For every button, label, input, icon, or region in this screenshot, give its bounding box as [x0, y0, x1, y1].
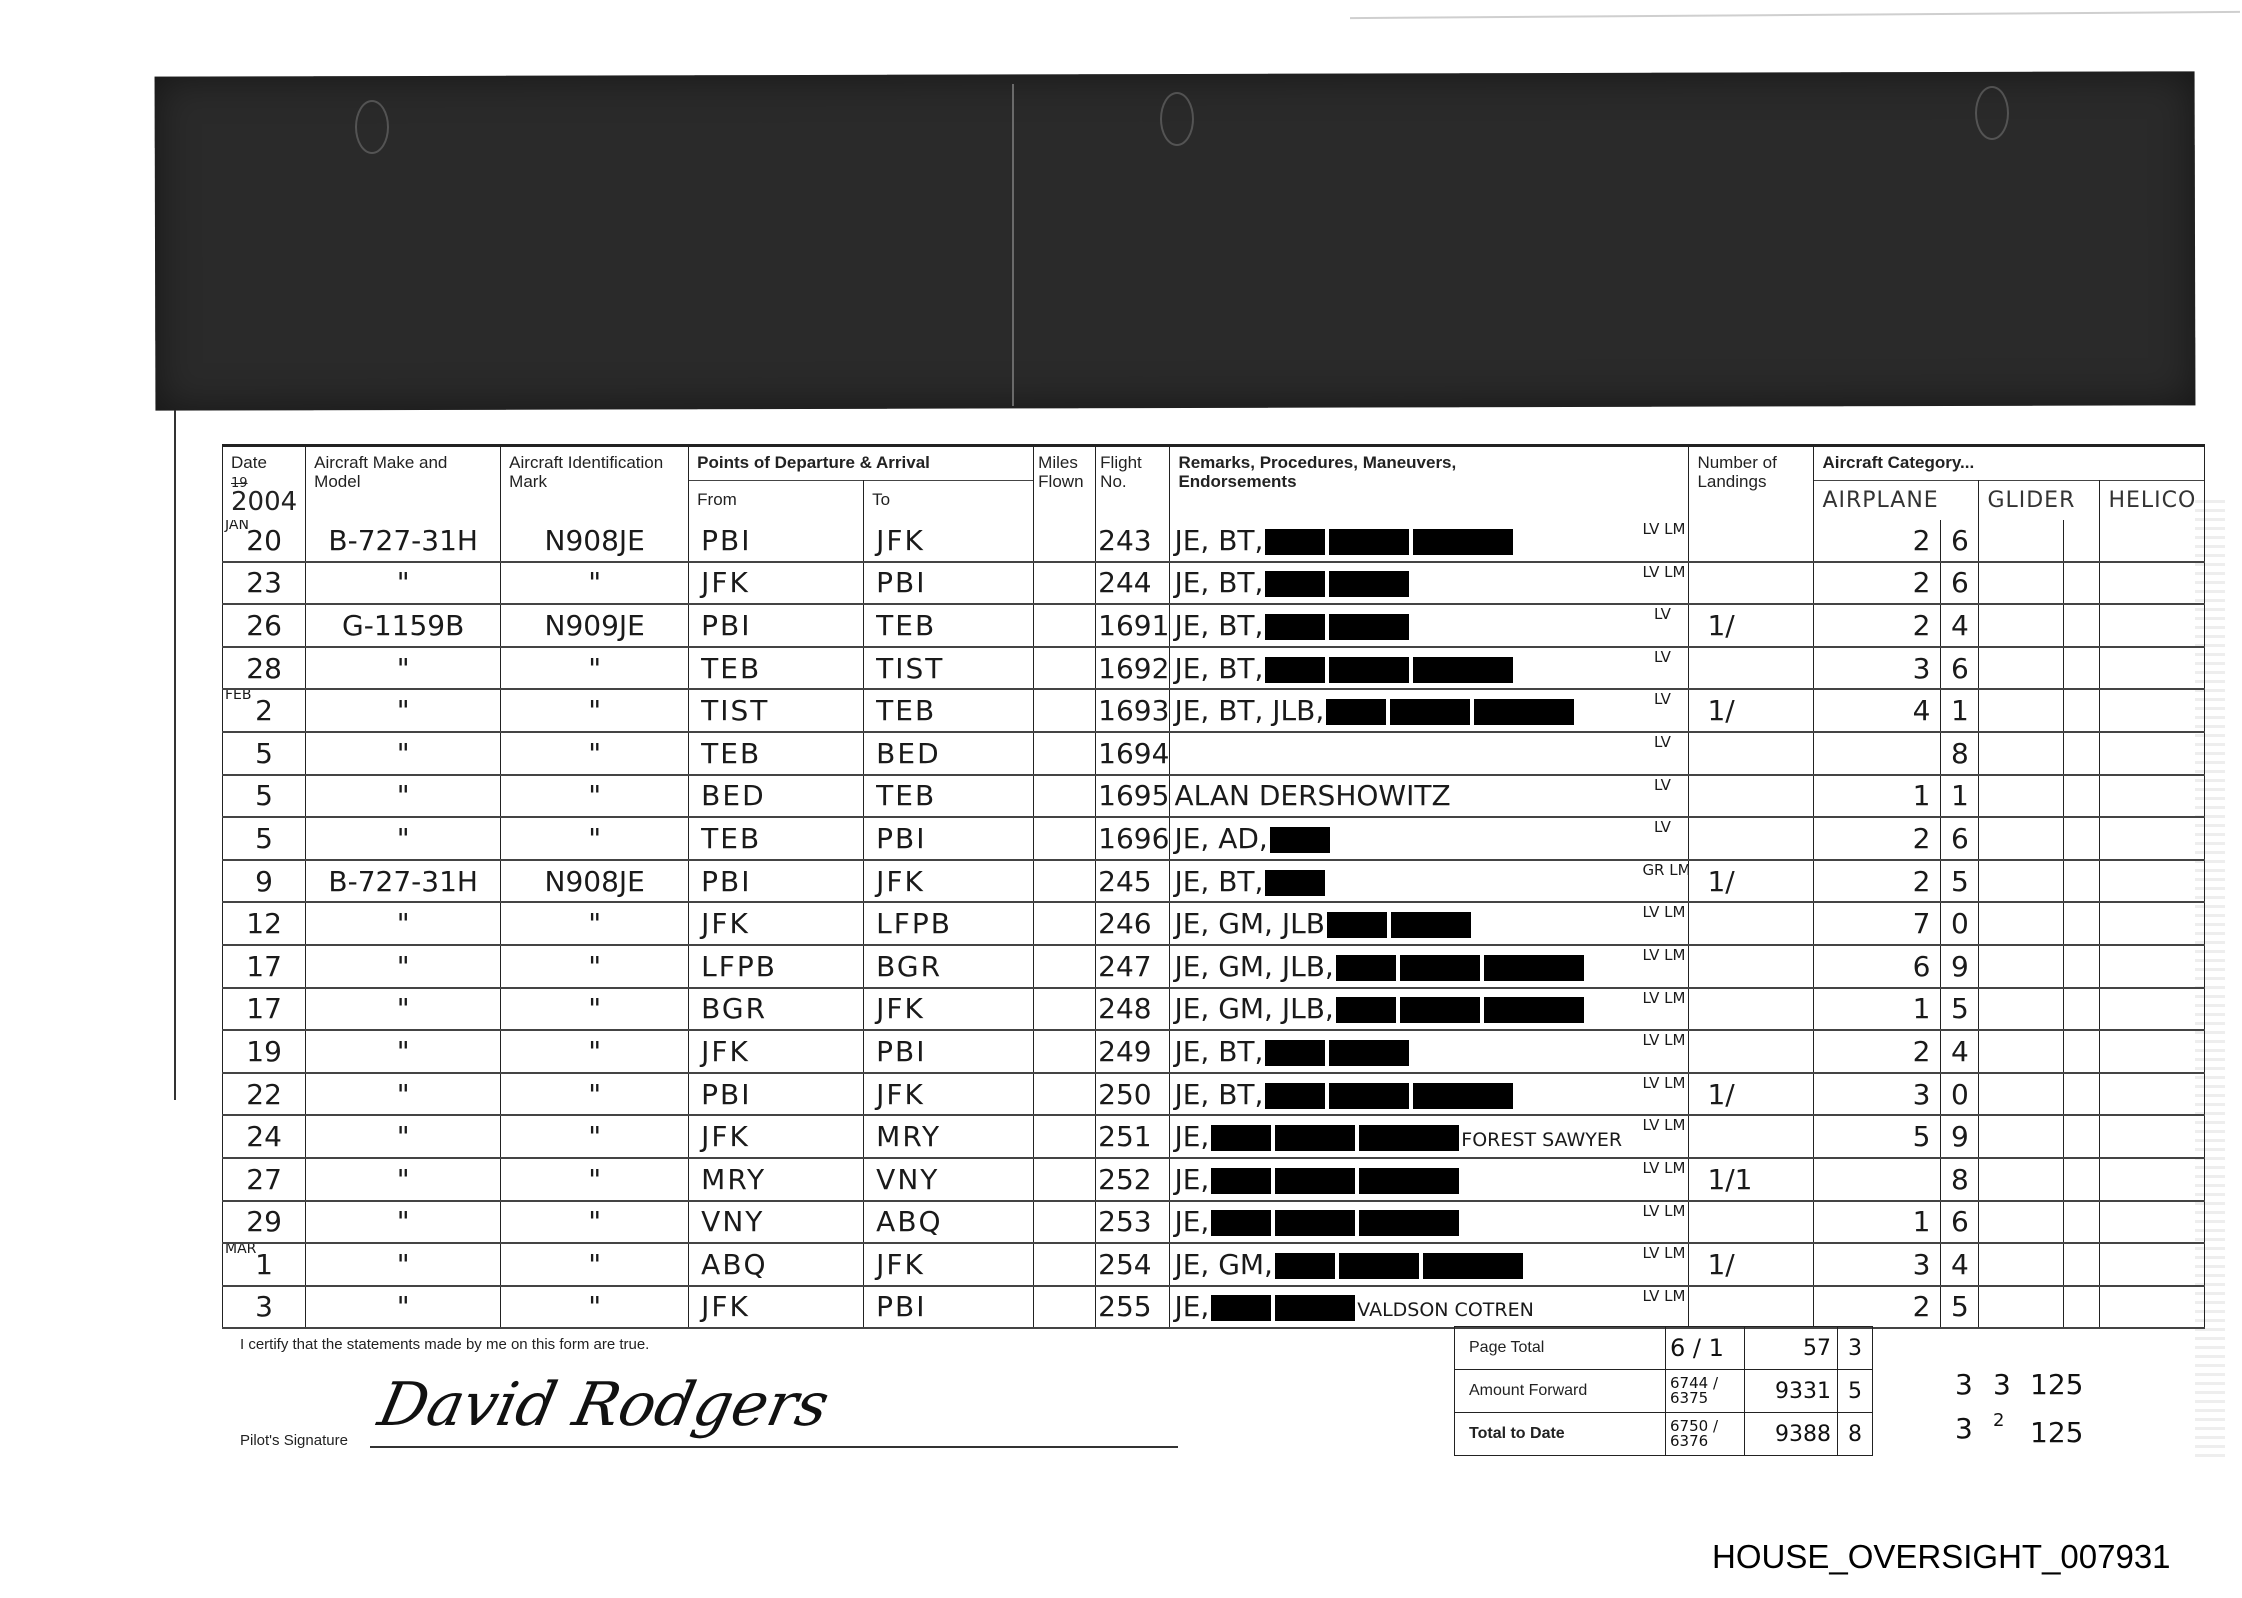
make-model-cell: ": [306, 732, 501, 775]
date-label: Date: [231, 453, 267, 472]
ident-mark-cell: ": [501, 647, 689, 690]
make-model-cell: ": [306, 1073, 501, 1116]
col-glider: GLIDER: [1979, 480, 2100, 520]
glider-tenths-cell: [2064, 1030, 2100, 1073]
redaction-block: [1211, 1295, 1271, 1321]
airplane-hours-cell: 2: [1814, 860, 1941, 903]
page-left-edge: [174, 410, 176, 1100]
landings-cell: 1/: [1689, 689, 1814, 732]
helicopter-hours-cell: [2100, 945, 2205, 988]
from-cell: JFK: [689, 562, 864, 605]
flight-no-cell: 247: [1096, 945, 1170, 988]
remarks-cell: JE, BT,LV: [1170, 604, 1689, 647]
remarks-cell: JE, BT,LV: [1170, 647, 1689, 690]
glider-tenths-cell: [2064, 1243, 2100, 1286]
total-to-date-row: Total to Date 6750 / 6376 9388 8: [1455, 1413, 1873, 1456]
glider-tenths-cell: [2064, 732, 2100, 775]
ident-mark-cell: ": [501, 689, 689, 732]
amount-forward-glider-tenths: 3: [1993, 1368, 2011, 1401]
remarks-text: JE, GM, JLB,: [1174, 992, 1333, 1025]
endorsement-code: LV: [1642, 735, 1682, 750]
date-cell: 26: [223, 604, 306, 647]
to-cell: JFK: [864, 988, 1034, 1031]
flight-no-cell: 249: [1096, 1030, 1170, 1073]
table-row: 5""BEDTEB1695ALAN DERSHOWITZLV11: [223, 775, 2205, 818]
flight-no-cell: 243: [1096, 520, 1170, 562]
flight-no-cell: 246: [1096, 902, 1170, 945]
endorsement-code: GR LM: [1642, 863, 1682, 878]
remarks-name: VALDSON COTREN: [1357, 1299, 1534, 1321]
flight-no-cell: 251: [1096, 1115, 1170, 1158]
glider-tenths-cell: [2064, 647, 2100, 690]
landings-cell: 1/1: [1689, 1158, 1814, 1201]
total-to-date-airplane-tenths: 8: [1838, 1413, 1873, 1456]
flight-no-cell: 245: [1096, 860, 1170, 903]
ident-mark-cell: N908JE: [501, 520, 689, 562]
make-model-cell: ": [306, 1243, 501, 1286]
day-value: 17: [246, 950, 282, 983]
glider-tenths-cell: [2064, 945, 2100, 988]
remarks-text: JE, BT,: [1174, 865, 1263, 898]
flight-no-cell: 248: [1096, 988, 1170, 1031]
ident-mark-cell: ": [501, 945, 689, 988]
page-total-label: Page Total: [1455, 1327, 1666, 1370]
redaction-block: [1211, 1210, 1271, 1236]
remarks-cell: JE, BT,LV LM: [1170, 562, 1689, 605]
helicopter-hours-cell: [2100, 732, 2205, 775]
redaction-block: [1336, 997, 1396, 1023]
landings-cell: [1689, 647, 1814, 690]
date-cell: 5: [223, 817, 306, 860]
remarks-text: JE,: [1174, 1120, 1209, 1153]
airplane-tenths-cell: 4: [1941, 1030, 1979, 1073]
landings-cell: [1689, 562, 1814, 605]
airplane-tenths-cell: 6: [1941, 647, 1979, 690]
from-cell: PBI: [689, 1073, 864, 1116]
col-flight-no: Flight No.: [1096, 446, 1170, 521]
landings-cell: [1689, 1030, 1814, 1073]
day-value: 5: [255, 779, 273, 812]
total-to-date-airplane: 9388: [1745, 1413, 1838, 1456]
amount-forward-glider: 3: [1955, 1368, 1973, 1401]
helicopter-hours-cell: [2100, 988, 2205, 1031]
glider-hours-cell: [1979, 1158, 2064, 1201]
ident-mark-cell: ": [501, 732, 689, 775]
day-value: 27: [246, 1163, 282, 1196]
airplane-hours-cell: 2: [1814, 604, 1941, 647]
to-cell: TEB: [864, 604, 1034, 647]
helicopter-hours-cell: [2100, 1243, 2205, 1286]
flight-log-table: Date 19 2004 Aircraft Make and Model Air…: [222, 444, 2205, 1329]
table-row: 19""JFKPBI249JE, BT,LV LM24: [223, 1030, 2205, 1073]
miles-cell: [1034, 1115, 1096, 1158]
table-row: 3""JFKPBI255JE,VALDSON COTRENLV LM25: [223, 1286, 2205, 1329]
date-cell: 24: [223, 1115, 306, 1158]
remarks-text: JE,: [1174, 1163, 1209, 1196]
remarks-cell: JE, GM, JLB,LV LM: [1170, 945, 1689, 988]
helicopter-hours-cell: [2100, 1030, 2205, 1073]
redaction-block: [1329, 529, 1409, 555]
to-cell: PBI: [864, 562, 1034, 605]
col-ident-mark: Aircraft Identification Mark: [501, 446, 689, 521]
table-row: 5""TEBPBI1696JE, AD,LV26: [223, 817, 2205, 860]
col-remarks: Remarks, Procedures, Maneuvers, Endorsem…: [1170, 446, 1689, 521]
from-cell: TEB: [689, 732, 864, 775]
to-cell: PBI: [864, 1286, 1034, 1329]
date-cell: 29: [223, 1201, 306, 1244]
certification-statement: I certify that the statements made by me…: [240, 1336, 649, 1353]
make-model-cell: ": [306, 945, 501, 988]
col-to: To: [864, 480, 1034, 520]
ident-mark-cell: ": [501, 562, 689, 605]
airplane-tenths-cell: 5: [1941, 860, 1979, 903]
table-row: 17""BGRJFK248JE, GM, JLB,LV LM15: [223, 988, 2205, 1031]
page-total-row: Page Total 6 / 1 57 3: [1455, 1327, 1873, 1370]
endorsement-code: LV LM: [1642, 991, 1682, 1006]
glider-tenths-cell: [2064, 689, 2100, 732]
redaction-block: [1484, 997, 1584, 1023]
from-cell: BED: [689, 775, 864, 818]
date-year: 2004: [231, 487, 297, 517]
punch-hole-icon: [355, 100, 389, 154]
to-cell: JFK: [864, 1243, 1034, 1286]
redaction-block: [1265, 657, 1325, 683]
miles-cell: [1034, 1030, 1096, 1073]
remarks-cell: JE, BT,LV LM: [1170, 1030, 1689, 1073]
redaction-block: [1275, 1125, 1355, 1151]
airplane-tenths-cell: 0: [1941, 902, 1979, 945]
redaction-block: [1359, 1125, 1459, 1151]
helicopter-hours-cell: [2100, 520, 2205, 562]
miles-cell: [1034, 732, 1096, 775]
remarks-text: JE,: [1174, 1290, 1209, 1323]
make-model-cell: ": [306, 1201, 501, 1244]
date-cell: JAN20: [223, 520, 306, 562]
helicopter-hours-cell: [2100, 1115, 2205, 1158]
airplane-hours-cell: 2: [1814, 520, 1941, 562]
miles-cell: [1034, 945, 1096, 988]
from-cell: PBI: [689, 604, 864, 647]
redaction-block: [1413, 1083, 1513, 1109]
landings-cell: [1689, 817, 1814, 860]
flight-no-cell: 1691: [1096, 604, 1170, 647]
endorsement-code: LV: [1642, 607, 1682, 622]
glider-hours-cell: [1979, 1243, 2064, 1286]
total-to-date-glider: 3: [1955, 1412, 1973, 1445]
table-row: FEB2""TISTTEB1693JE, BT, JLB,LV1/41: [223, 689, 2205, 732]
airplane-hours-cell: 2: [1814, 1030, 1941, 1073]
redaction-block: [1275, 1253, 1335, 1279]
table-row: 5""TEBBED1694LV8: [223, 732, 2205, 775]
date-cell: FEB2: [223, 689, 306, 732]
helicopter-hours-cell: [2100, 1286, 2205, 1329]
airplane-hours-cell: 2: [1814, 1286, 1941, 1329]
glider-hours-cell: [1979, 562, 2064, 605]
to-cell: ABQ: [864, 1201, 1034, 1244]
glider-tenths-cell: [2064, 1073, 2100, 1116]
helicopter-hours-cell: [2100, 604, 2205, 647]
endorsement-code: LV LM: [1642, 905, 1682, 920]
airplane-tenths-cell: 9: [1941, 945, 1979, 988]
glider-hours-cell: [1979, 1073, 2064, 1116]
remarks-cell: JE, BT,LV LM: [1170, 520, 1689, 562]
header-row: Date 19 2004 Aircraft Make and Model Air…: [223, 446, 2205, 481]
redaction-block: [1413, 657, 1513, 683]
miles-cell: [1034, 1158, 1096, 1201]
glider-tenths-cell: [2064, 775, 2100, 818]
glider-hours-cell: [1979, 1201, 2064, 1244]
from-cell: PBI: [689, 520, 864, 562]
endorsement-code: LV LM: [1642, 1033, 1682, 1048]
col-make-model: Aircraft Make and Model: [306, 446, 501, 521]
col-miles: Miles Flown: [1034, 446, 1096, 521]
endorsement-code: LV LM: [1642, 1076, 1682, 1091]
glider-tenths-cell: [2064, 902, 2100, 945]
redaction-block: [1270, 827, 1330, 853]
col-points: Points of Departure & Arrival: [689, 446, 1034, 481]
date-cell: 22: [223, 1073, 306, 1116]
from-cell: JFK: [689, 902, 864, 945]
make-model-cell: ": [306, 1158, 501, 1201]
airplane-tenths-cell: 8: [1941, 1158, 1979, 1201]
ident-mark-cell: N909JE: [501, 604, 689, 647]
glider-tenths-cell: [2064, 860, 2100, 903]
col-category: Aircraft Category...: [1814, 446, 2205, 481]
redaction-block: [1265, 529, 1325, 555]
endorsement-code: LV LM: [1642, 1246, 1682, 1261]
flight-no-cell: 250: [1096, 1073, 1170, 1116]
helicopter-hours-cell: [2100, 1201, 2205, 1244]
landings-cell: 1/: [1689, 604, 1814, 647]
miles-cell: [1034, 1201, 1096, 1244]
to-cell: VNY: [864, 1158, 1034, 1201]
miles-cell: [1034, 604, 1096, 647]
remarks-text: JE, GM, JLB,: [1174, 950, 1333, 983]
table-row: MAR1""ABQJFK254JE, GM,LV LM1/34: [223, 1243, 2205, 1286]
remarks-cell: ALAN DERSHOWITZLV: [1170, 775, 1689, 818]
airplane-tenths-cell: 8: [1941, 732, 1979, 775]
signature-line: [370, 1446, 1178, 1448]
day-value: 29: [246, 1205, 282, 1238]
day-value: 2: [255, 694, 273, 727]
redaction-block: [1211, 1168, 1271, 1194]
helicopter-hours-cell: [2100, 1073, 2205, 1116]
make-model-cell: ": [306, 817, 501, 860]
remarks-cell: JE, GM,LV LM: [1170, 1243, 1689, 1286]
glider-tenths-cell: [2064, 604, 2100, 647]
airplane-hours-cell: [1814, 1158, 1941, 1201]
miles-cell: [1034, 860, 1096, 903]
helicopter-hours-cell: [2100, 860, 2205, 903]
day-value: 3: [255, 1290, 273, 1323]
endorsement-code: LV LM: [1642, 948, 1682, 963]
day-value: 23: [246, 566, 282, 599]
scan-edge-line: [1350, 11, 2240, 19]
make-model-cell: ": [306, 1286, 501, 1329]
day-value: 9: [255, 865, 273, 898]
landings-cell: [1689, 988, 1814, 1031]
miles-cell: [1034, 988, 1096, 1031]
redaction-block: [1339, 1253, 1419, 1279]
flight-no-cell: 254: [1096, 1243, 1170, 1286]
landings-cell: [1689, 775, 1814, 818]
remarks-text: JE, BT,: [1174, 609, 1263, 642]
glider-tenths-cell: [2064, 1158, 2100, 1201]
ident-mark-cell: ": [501, 1115, 689, 1158]
month-label: FEB: [225, 689, 252, 702]
airplane-tenths-cell: 5: [1941, 1286, 1979, 1329]
glider-hours-cell: [1979, 1286, 2064, 1329]
airplane-tenths-cell: 6: [1941, 562, 1979, 605]
make-model-cell: ": [306, 562, 501, 605]
ident-mark-cell: ": [501, 1201, 689, 1244]
redaction-block: [1265, 571, 1325, 597]
to-cell: TIST: [864, 647, 1034, 690]
from-cell: TEB: [689, 817, 864, 860]
amount-forward-airplane-tenths: 5: [1838, 1370, 1873, 1413]
redaction-block: [1265, 1040, 1325, 1066]
flight-no-cell: 1692: [1096, 647, 1170, 690]
helicopter-hours-cell: [2100, 902, 2205, 945]
flight-no-cell: 1695: [1096, 775, 1170, 818]
redaction-block: [1329, 657, 1409, 683]
airplane-hours-cell: 4: [1814, 689, 1941, 732]
page-total-airplane: 57: [1745, 1327, 1838, 1370]
remarks-text: JE, GM, JLB: [1174, 907, 1324, 940]
airplane-tenths-cell: 6: [1941, 817, 1979, 860]
ident-mark-cell: ": [501, 817, 689, 860]
from-cell: PBI: [689, 860, 864, 903]
ident-mark-cell: ": [501, 1286, 689, 1329]
remarks-cell: JE,LV LM: [1170, 1158, 1689, 1201]
landings-cell: [1689, 520, 1814, 562]
from-cell: JFK: [689, 1286, 864, 1329]
make-model-cell: ": [306, 689, 501, 732]
to-cell: JFK: [864, 520, 1034, 562]
remarks-text: JE, GM,: [1174, 1248, 1273, 1281]
to-cell: BED: [864, 732, 1034, 775]
date-cell: 27: [223, 1158, 306, 1201]
redaction-block: [1474, 699, 1574, 725]
col-from: From: [689, 480, 864, 520]
airplane-tenths-cell: 4: [1941, 604, 1979, 647]
page-total-airplane-tenths: 3: [1838, 1327, 1873, 1370]
redaction-block: [1211, 1125, 1271, 1151]
miles-cell: [1034, 775, 1096, 818]
airplane-tenths-cell: 6: [1941, 1201, 1979, 1244]
table-row: 22""PBIJFK250JE, BT,LV LM1/30: [223, 1073, 2205, 1116]
to-cell: BGR: [864, 945, 1034, 988]
endorsement-code: LV: [1642, 778, 1682, 793]
redaction-block: [1326, 699, 1386, 725]
helicopter-hours-cell: [2100, 775, 2205, 818]
redaction-block: [1336, 955, 1396, 981]
remarks-cell: JE, BT, JLB,LV: [1170, 689, 1689, 732]
make-model-cell: G-1159B: [306, 604, 501, 647]
from-cell: ABQ: [689, 1243, 864, 1286]
table-row: 12""JFKLFPB246JE, GM, JLBLV LM70: [223, 902, 2205, 945]
date-cell: 19: [223, 1030, 306, 1073]
glider-hours-cell: [1979, 902, 2064, 945]
airplane-hours-cell: 3: [1814, 1243, 1941, 1286]
to-cell: MRY: [864, 1115, 1034, 1158]
date-cell: 23: [223, 562, 306, 605]
make-model-cell: ": [306, 647, 501, 690]
day-value: 20: [246, 524, 282, 557]
glider-tenths-cell: [2064, 817, 2100, 860]
redaction-block: [1413, 529, 1513, 555]
from-cell: JFK: [689, 1115, 864, 1158]
remarks-cell: JE, BT,GR LM: [1170, 860, 1689, 903]
remarks-cell: JE,VALDSON COTRENLV LM: [1170, 1286, 1689, 1329]
ident-mark-cell: ": [501, 1030, 689, 1073]
signature-label: Pilot's Signature: [240, 1432, 348, 1449]
endorsement-code: LV: [1642, 692, 1682, 707]
miles-cell: [1034, 520, 1096, 562]
date-cell: 28: [223, 647, 306, 690]
col-airplane: AIRPLANE: [1814, 480, 1979, 520]
redaction-block: [1400, 997, 1480, 1023]
redaction-block: [1391, 912, 1471, 938]
endorsement-code: LV LM: [1642, 1118, 1682, 1133]
date-cell: 17: [223, 945, 306, 988]
day-value: 5: [255, 822, 273, 855]
glider-hours-cell: [1979, 775, 2064, 818]
redaction-block: [1390, 699, 1470, 725]
landings-cell: [1689, 1115, 1814, 1158]
make-model-cell: ": [306, 1115, 501, 1158]
redaction-band-seam: [1012, 84, 1014, 406]
landings-cell: 1/: [1689, 1073, 1814, 1116]
glider-tenths-cell: [2064, 1115, 2100, 1158]
remarks-cell: LV: [1170, 732, 1689, 775]
col-date: Date 19 2004: [223, 446, 306, 521]
amount-forward-row: Amount Forward 6744 / 6375 9331 5: [1455, 1370, 1873, 1413]
punch-hole-icon: [1160, 92, 1194, 146]
glider-hours-cell: [1979, 860, 2064, 903]
remarks-text: JE,: [1174, 1205, 1209, 1238]
landings-cell: [1689, 732, 1814, 775]
miles-cell: [1034, 1243, 1096, 1286]
day-value: 22: [246, 1078, 282, 1111]
from-cell: BGR: [689, 988, 864, 1031]
miles-cell: [1034, 902, 1096, 945]
day-value: 5: [255, 737, 273, 770]
redaction-block: [1484, 955, 1584, 981]
redaction-block: [1329, 571, 1409, 597]
landings-cell: [1689, 945, 1814, 988]
airplane-hours-cell: 2: [1814, 817, 1941, 860]
month-label: JAN: [225, 520, 249, 532]
helicopter-hours-cell: [2100, 647, 2205, 690]
table-row: JAN20B-727-31HN908JEPBIJFK243JE, BT,LV L…: [223, 520, 2205, 562]
airplane-hours-cell: 7: [1814, 902, 1941, 945]
remarks-cell: JE, AD,LV: [1170, 817, 1689, 860]
ident-mark-cell: N908JE: [501, 860, 689, 903]
redaction-block: [1327, 912, 1387, 938]
pilot-signature: David Rodgers: [373, 1370, 835, 1440]
redaction-block: [1275, 1210, 1355, 1236]
airplane-hours-cell: 1: [1814, 1201, 1941, 1244]
from-cell: LFPB: [689, 945, 864, 988]
airplane-hours-cell: 3: [1814, 647, 1941, 690]
glider-tenths-cell: [2064, 520, 2100, 562]
miles-cell: [1034, 1073, 1096, 1116]
glider-hours-cell: [1979, 520, 2064, 562]
table-row: 26G-1159BN909JEPBITEB1691JE, BT,LV1/24: [223, 604, 2205, 647]
remarks-text: ALAN DERSHOWITZ: [1174, 779, 1450, 812]
glider-hours-cell: [1979, 817, 2064, 860]
